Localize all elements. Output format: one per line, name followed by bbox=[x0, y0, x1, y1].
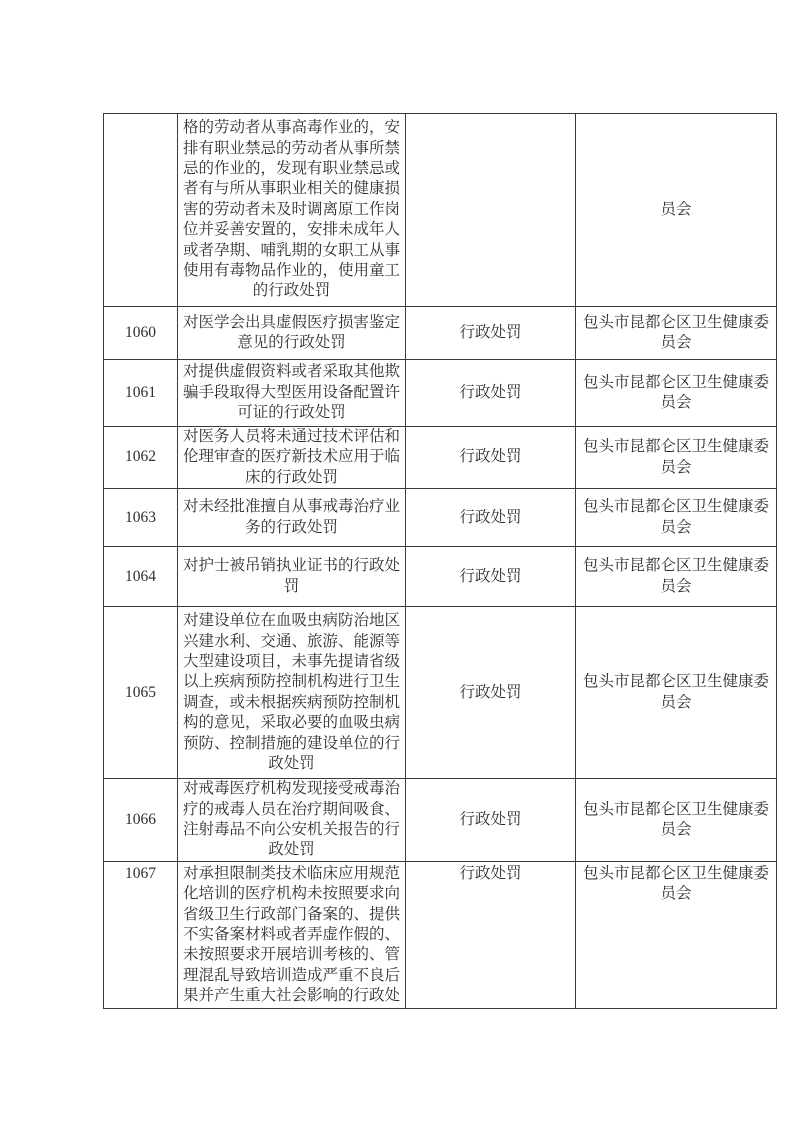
row-number-cell: 1060 bbox=[104, 307, 178, 360]
document-page: 格的劳动者从事高毒作业的，安排有职业禁忌的劳动者从事所禁忌的作业的，发现有职业禁… bbox=[0, 0, 793, 1122]
table-row: 1064 对护士被吊销执业证书的行政处罚 行政处罚 包头市昆都仑区卫生健康委员会 bbox=[104, 547, 777, 607]
row-number-cell: 1062 bbox=[104, 427, 178, 489]
row-number-cell: 1067 bbox=[104, 861, 178, 1008]
row-number-cell: 1064 bbox=[104, 547, 178, 607]
row-number-cell: 1061 bbox=[104, 360, 178, 427]
penalty-type-cell: 行政处罚 bbox=[406, 360, 576, 427]
penalty-type-cell: 行政处罚 bbox=[406, 547, 576, 607]
row-number-cell: 1063 bbox=[104, 489, 178, 547]
penalty-type-cell: 行政处罚 bbox=[406, 607, 576, 779]
table-row: 1061 对提供虚假资料或者采取其他欺骗手段取得大型医用设备配置许可证的行政处罚… bbox=[104, 360, 777, 427]
table-row: 1067 对承担限制类技术临床应用规范化培训的医疗机构未按照要求向省级卫生行政部… bbox=[104, 861, 777, 1008]
authority-cell: 包头市昆都仑区卫生健康委员会 bbox=[576, 427, 777, 489]
table-row: 1062 对医务人员将未通过技术评估和伦理审查的医疗新技术应用于临床的行政处罚 … bbox=[104, 427, 777, 489]
penalty-items-table: 格的劳动者从事高毒作业的，安排有职业禁忌的劳动者从事所禁忌的作业的，发现有职业禁… bbox=[103, 113, 777, 1009]
table-row: 1065 对建设单位在血吸虫病防治地区兴建水利、交通、旅游、能源等大型建设项目，… bbox=[104, 607, 777, 779]
authority-cell: 包头市昆都仑区卫生健康委员会 bbox=[576, 861, 777, 1008]
description-cell: 对医务人员将未通过技术评估和伦理审查的医疗新技术应用于临床的行政处罚 bbox=[178, 427, 406, 489]
authority-cell: 员会 bbox=[576, 114, 777, 307]
description-cell: 对提供虚假资料或者采取其他欺骗手段取得大型医用设备配置许可证的行政处罚 bbox=[178, 360, 406, 427]
table-row: 格的劳动者从事高毒作业的，安排有职业禁忌的劳动者从事所禁忌的作业的，发现有职业禁… bbox=[104, 114, 777, 307]
authority-cell: 包头市昆都仑区卫生健康委员会 bbox=[576, 360, 777, 427]
table-row: 1060 对医学会出具虚假医疗损害鉴定意见的行政处罚 行政处罚 包头市昆都仑区卫… bbox=[104, 307, 777, 360]
description-cell: 对建设单位在血吸虫病防治地区兴建水利、交通、旅游、能源等大型建设项目，未事先提请… bbox=[178, 607, 406, 779]
penalty-type-cell: 行政处罚 bbox=[406, 427, 576, 489]
penalty-type-cell: 行政处罚 bbox=[406, 861, 576, 1008]
description-cell: 对戒毒医疗机构发现接受戒毒治疗的戒毒人员在治疗期间吸食、注射毒品不向公安机关报告… bbox=[178, 779, 406, 862]
description-cell: 格的劳动者从事高毒作业的，安排有职业禁忌的劳动者从事所禁忌的作业的，发现有职业禁… bbox=[178, 114, 406, 307]
description-cell: 对未经批准擅自从事戒毒治疗业务的行政处罚 bbox=[178, 489, 406, 547]
penalty-type-cell: 行政处罚 bbox=[406, 779, 576, 862]
row-number-cell bbox=[104, 114, 178, 307]
authority-cell: 包头市昆都仑区卫生健康委员会 bbox=[576, 779, 777, 862]
penalty-type-cell: 行政处罚 bbox=[406, 307, 576, 360]
description-cell: 对承担限制类技术临床应用规范化培训的医疗机构未按照要求向省级卫生行政部门备案的、… bbox=[178, 861, 406, 1008]
penalty-type-cell bbox=[406, 114, 576, 307]
row-number-cell: 1065 bbox=[104, 607, 178, 779]
table-row: 1063 对未经批准擅自从事戒毒治疗业务的行政处罚 行政处罚 包头市昆都仑区卫生… bbox=[104, 489, 777, 547]
description-cell: 对医学会出具虚假医疗损害鉴定意见的行政处罚 bbox=[178, 307, 406, 360]
authority-cell: 包头市昆都仑区卫生健康委员会 bbox=[576, 307, 777, 360]
authority-cell: 包头市昆都仑区卫生健康委员会 bbox=[576, 547, 777, 607]
authority-cell: 包头市昆都仑区卫生健康委员会 bbox=[576, 489, 777, 547]
row-number-cell: 1066 bbox=[104, 779, 178, 862]
description-cell: 对护士被吊销执业证书的行政处罚 bbox=[178, 547, 406, 607]
authority-cell: 包头市昆都仑区卫生健康委员会 bbox=[576, 607, 777, 779]
table-row: 1066 对戒毒医疗机构发现接受戒毒治疗的戒毒人员在治疗期间吸食、注射毒品不向公… bbox=[104, 779, 777, 862]
penalty-type-cell: 行政处罚 bbox=[406, 489, 576, 547]
